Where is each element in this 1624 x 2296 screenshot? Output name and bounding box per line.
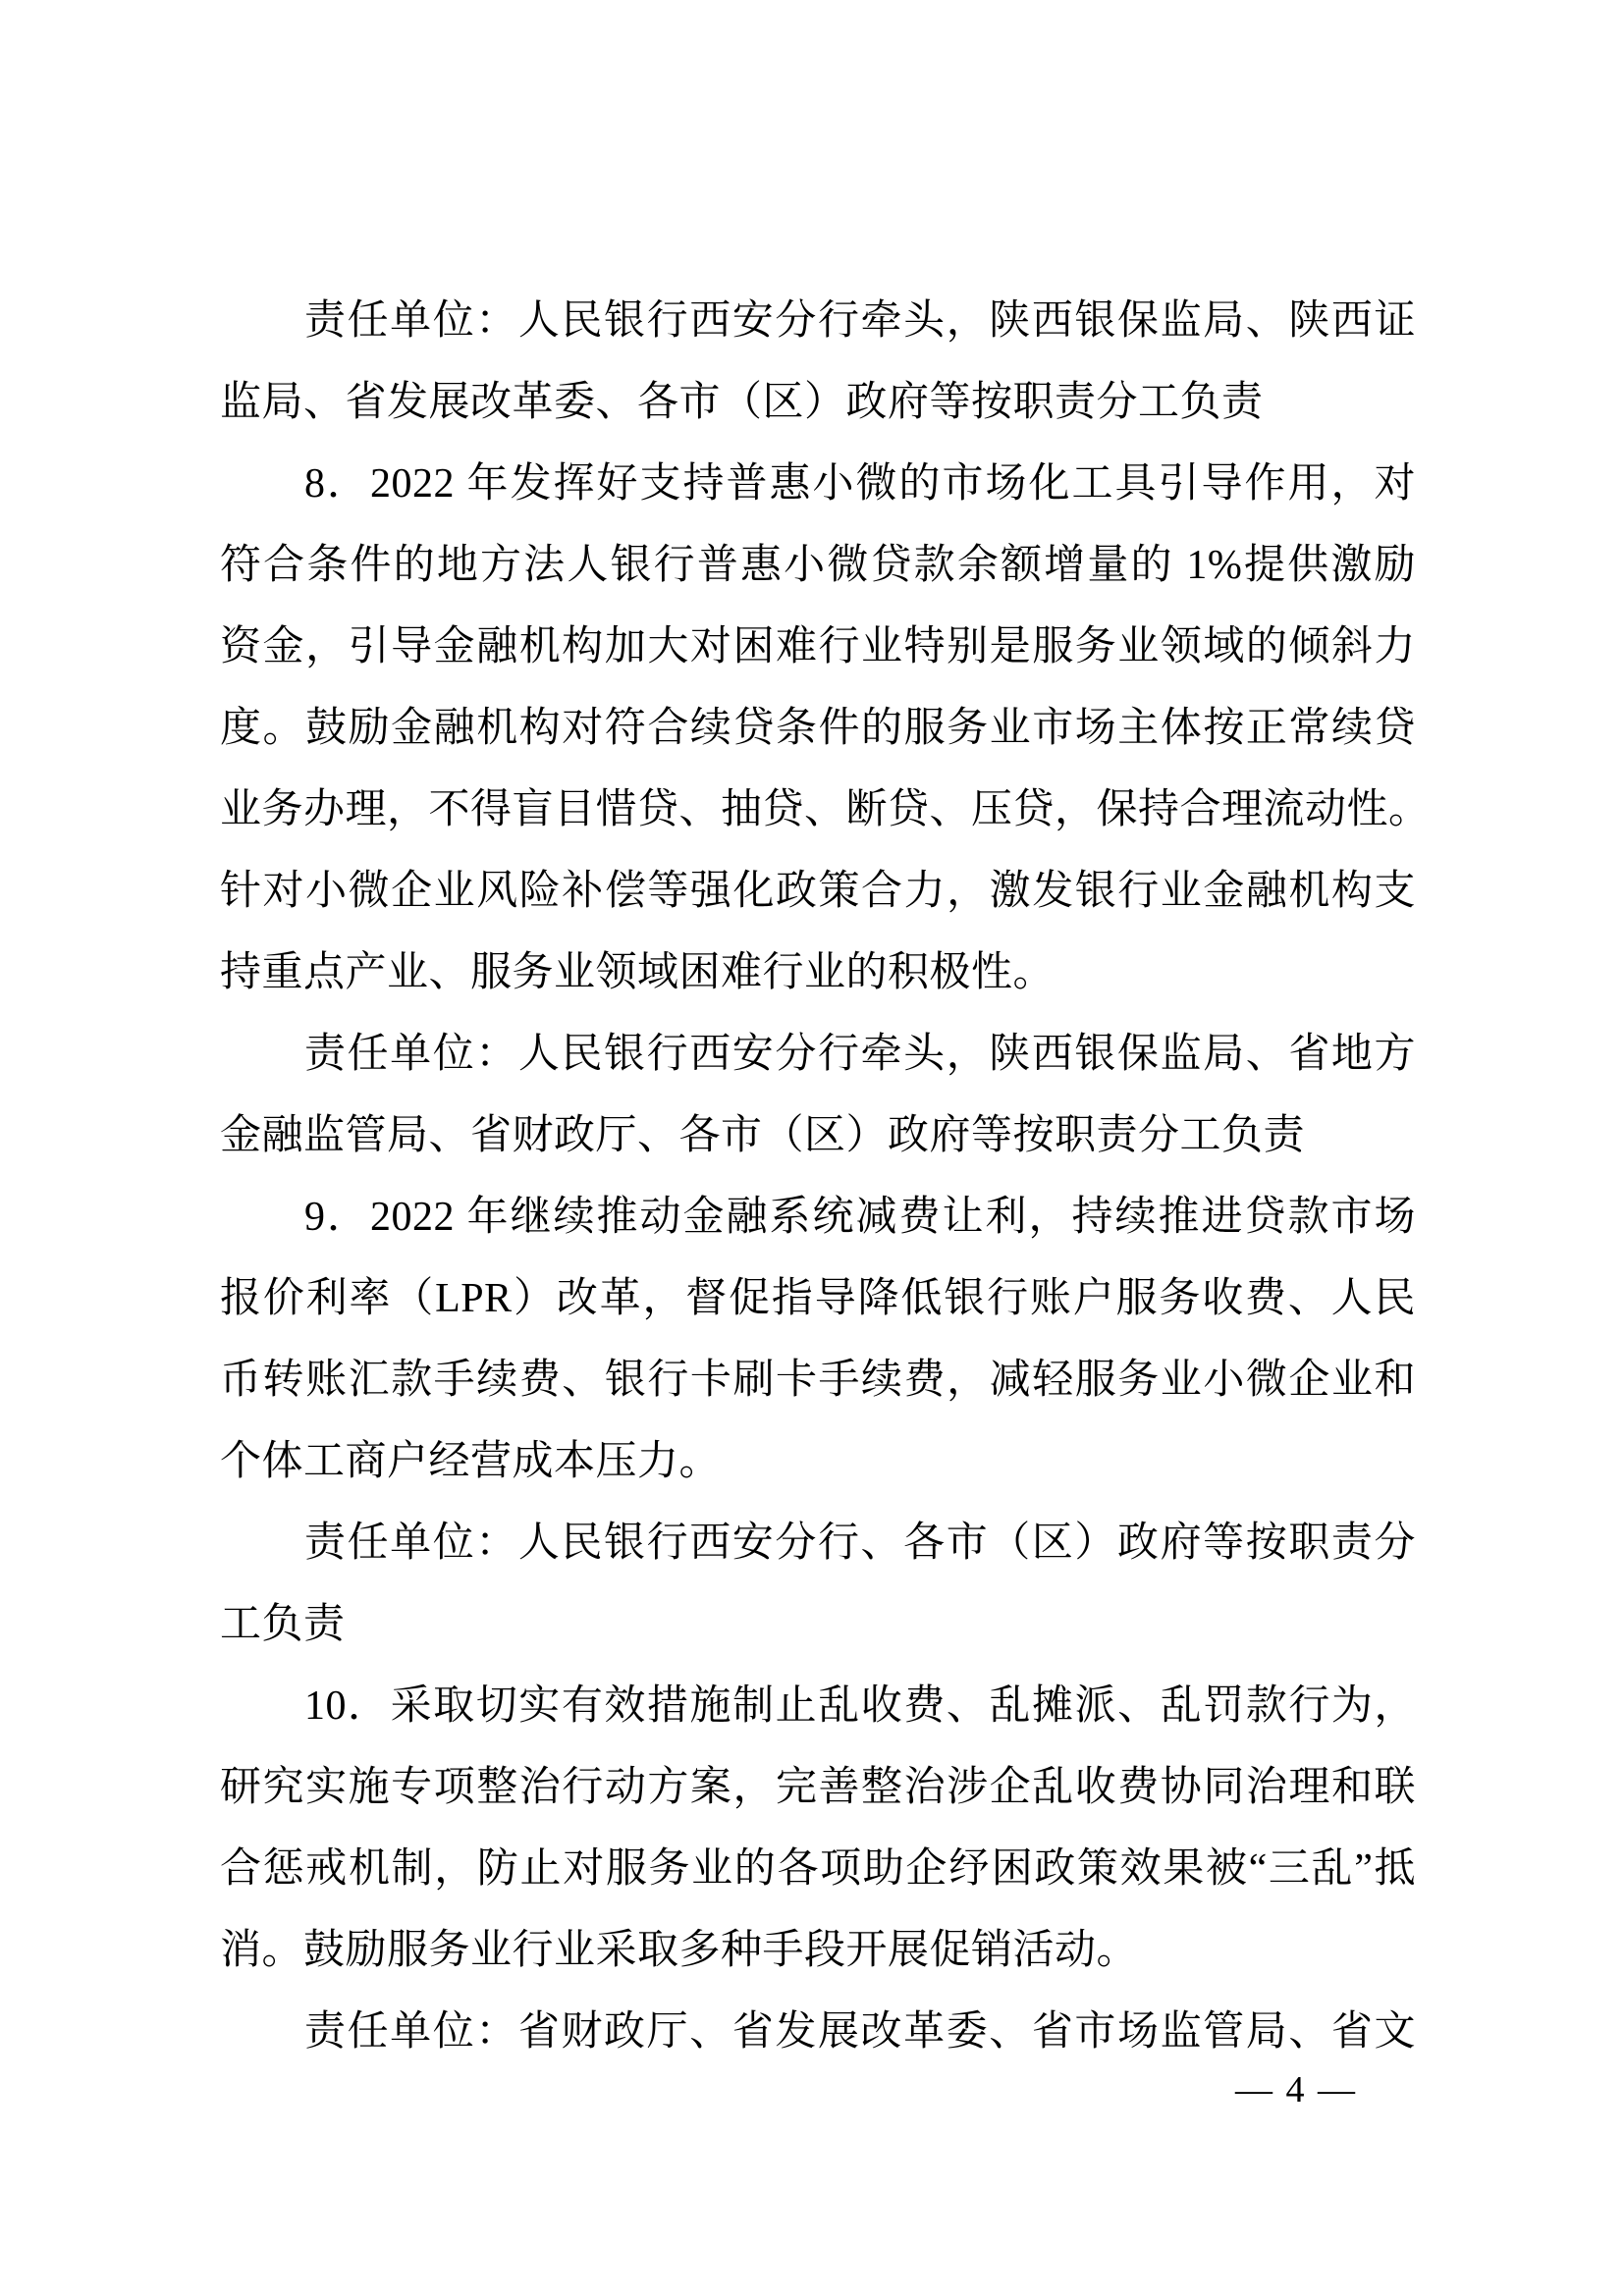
text-line: 报价利率（LPR）改革，督促指导降低银行账户服务收费、人民 [220, 1258, 1416, 1340]
text-line: 责任单位：人民银行西安分行、各市（区）政府等按职责分 [220, 1503, 1416, 1584]
text-line: 业务办理，不得盲目惜贷、抽贷、断贷、压贷，保持合理流动性。 [220, 770, 1416, 851]
paragraph-responsibility-note: 责任单位：省财政厅、省发展改革委、省市场监管局、省文 [220, 1992, 1416, 2073]
text-line: 金融监管局、省财政厅、各市（区）政府等按职责分工负责 [220, 1095, 1416, 1177]
paragraph-item-9: 9．2022 年继续推动金融系统减费让利，持续推进贷款市场报价利率（LPR）改革… [220, 1177, 1416, 1503]
text-line: 个体工商户经营成本压力。 [220, 1421, 1416, 1503]
paragraph-responsibility-note: 责任单位：人民银行西安分行牵头，陕西银保监局、陕西证监局、省发展改革委、各市（区… [220, 281, 1416, 444]
text-line: 责任单位：省财政厅、省发展改革委、省市场监管局、省文 [220, 1992, 1416, 2073]
text-line: 持重点产业、服务业领域困难行业的积极性。 [220, 933, 1416, 1014]
text-line: 9．2022 年继续推动金融系统减费让利，持续推进贷款市场 [220, 1177, 1416, 1258]
text-line: 10．采取切实有效措施制止乱收费、乱摊派、乱罚款行为， [220, 1666, 1416, 1747]
document-page: 责任单位：人民银行西安分行牵头，陕西银保监局、陕西证监局、省发展改革委、各市（区… [0, 0, 1624, 2296]
text-line: 针对小微企业风险补偿等强化政策合力，激发银行业金融机构支 [220, 851, 1416, 933]
text-line: 度。鼓励金融机构对符合续贷条件的服务业市场主体按正常续贷 [220, 688, 1416, 770]
paragraph-item-10: 10．采取切实有效措施制止乱收费、乱摊派、乱罚款行为，研究实施专项整治行动方案，… [220, 1666, 1416, 1992]
text-line: 监局、省发展改革委、各市（区）政府等按职责分工负责 [220, 362, 1416, 444]
text-line: 币转账汇款手续费、银行卡刷卡手续费，减轻服务业小微企业和 [220, 1340, 1416, 1421]
text-block: 责任单位：人民银行西安分行牵头，陕西银保监局、陕西证监局、省发展改革委、各市（区… [220, 281, 1416, 2073]
text-line: 8．2022 年发挥好支持普惠小微的市场化工具引导作用，对 [220, 444, 1416, 525]
text-line: 工负责 [220, 1584, 1416, 1666]
paragraph-responsibility-note: 责任单位：人民银行西安分行牵头，陕西银保监局、省地方金融监管局、省财政厅、各市（… [220, 1014, 1416, 1177]
paragraph-item-8: 8．2022 年发挥好支持普惠小微的市场化工具引导作用，对符合条件的地方法人银行… [220, 444, 1416, 1014]
text-line: 消。鼓励服务业行业采取多种手段开展促销活动。 [220, 1910, 1416, 1992]
paragraph-responsibility-note: 责任单位：人民银行西安分行、各市（区）政府等按职责分工负责 [220, 1503, 1416, 1666]
text-line: 符合条件的地方法人银行普惠小微贷款余额增量的 1%提供激励 [220, 525, 1416, 607]
page-number: — 4 — [1235, 2064, 1357, 2115]
text-line: 责任单位：人民银行西安分行牵头，陕西银保监局、陕西证 [220, 281, 1416, 362]
text-line: 研究实施专项整治行动方案，完善整治涉企乱收费协同治理和联 [220, 1747, 1416, 1829]
text-line: 资金，引导金融机构加大对困难行业特别是服务业领域的倾斜力 [220, 607, 1416, 688]
text-line: 责任单位：人民银行西安分行牵头，陕西银保监局、省地方 [220, 1014, 1416, 1095]
text-line: 合惩戒机制，防止对服务业的各项助企纾困政策效果被“三乱”抵 [220, 1829, 1416, 1910]
